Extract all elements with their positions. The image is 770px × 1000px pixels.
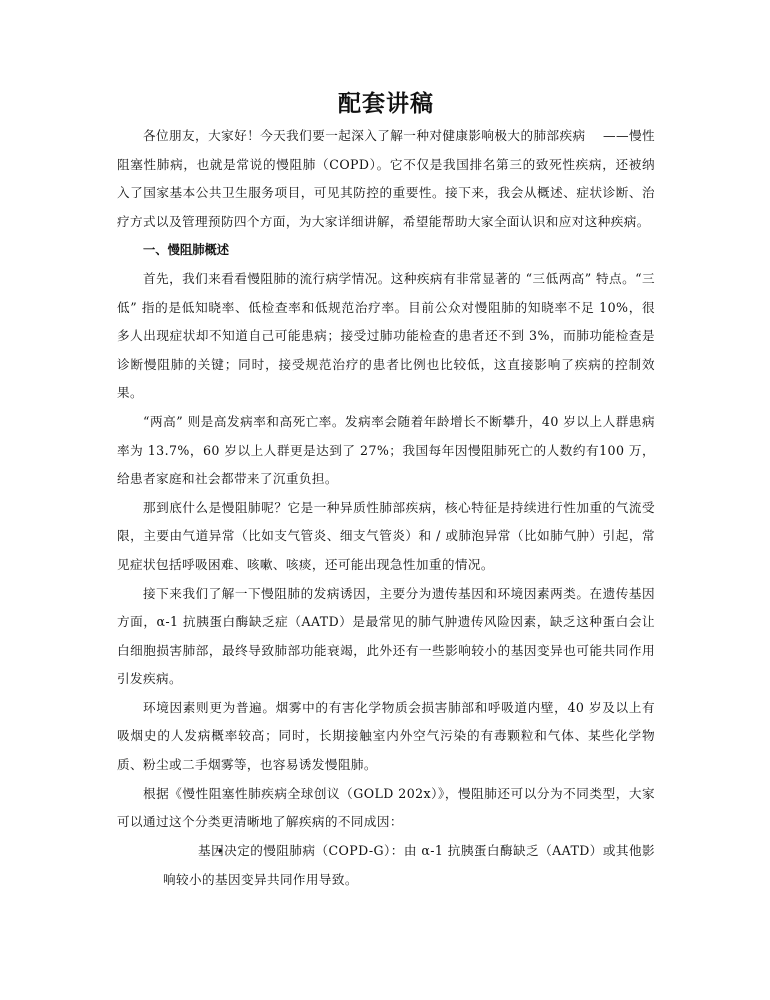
bullet-icon: • — [190, 838, 198, 867]
list-item-text: 基因决定的慢阻肺病（COPD-G）：由 α-1 抗胰蛋白酶缺乏（AATD）或其他… — [163, 843, 655, 888]
paragraph-epidemiology: 首先，我们来看看慢阻肺的流行病学情况。这种疾病有非常显著的 “三低两高” 特点。… — [117, 265, 655, 408]
list-item-copd-g: •基因决定的慢阻肺病（COPD-G）：由 α-1 抗胰蛋白酶缺乏（AATD）或其… — [163, 837, 655, 895]
paragraph-gold-classification: 根据《慢性阻塞性肺疾病全球创议（GOLD 202x）》，慢阻肺还可以分为不同类型… — [117, 780, 655, 837]
paragraph-two-highs: “两高” 则是高发病率和高死亡率。发病率会随着年龄增长不断攀升，40 岁以上人群… — [117, 408, 655, 494]
intro-paragraph: 各位朋友，大家好！今天我们要一起深入了解一种对健康影响极大的肺部疾病 ——慢性阻… — [117, 122, 655, 236]
document-page: 配套讲稿 各位朋友，大家好！今天我们要一起深入了解一种对健康影响极大的肺部疾病 … — [117, 88, 655, 895]
paragraph-definition: 那到底什么是慢阻肺呢？它是一种异质性肺部疾病，核心特征是持续进行性加重的气流受限… — [117, 494, 655, 580]
document-title: 配套讲稿 — [117, 88, 655, 120]
paragraph-environmental-causes: 环境因素则更为普遍。烟雾中的有害化学物质会损害肺部和呼吸道内壁，40 岁及以上有… — [117, 694, 655, 780]
section-heading-overview: 一、慢阻肺概述 — [117, 236, 655, 265]
paragraph-genetic-causes: 接下来我们了解一下慢阻肺的发病诱因，主要分为遗传基因和环境因素两类。在遗传基因方… — [117, 580, 655, 694]
